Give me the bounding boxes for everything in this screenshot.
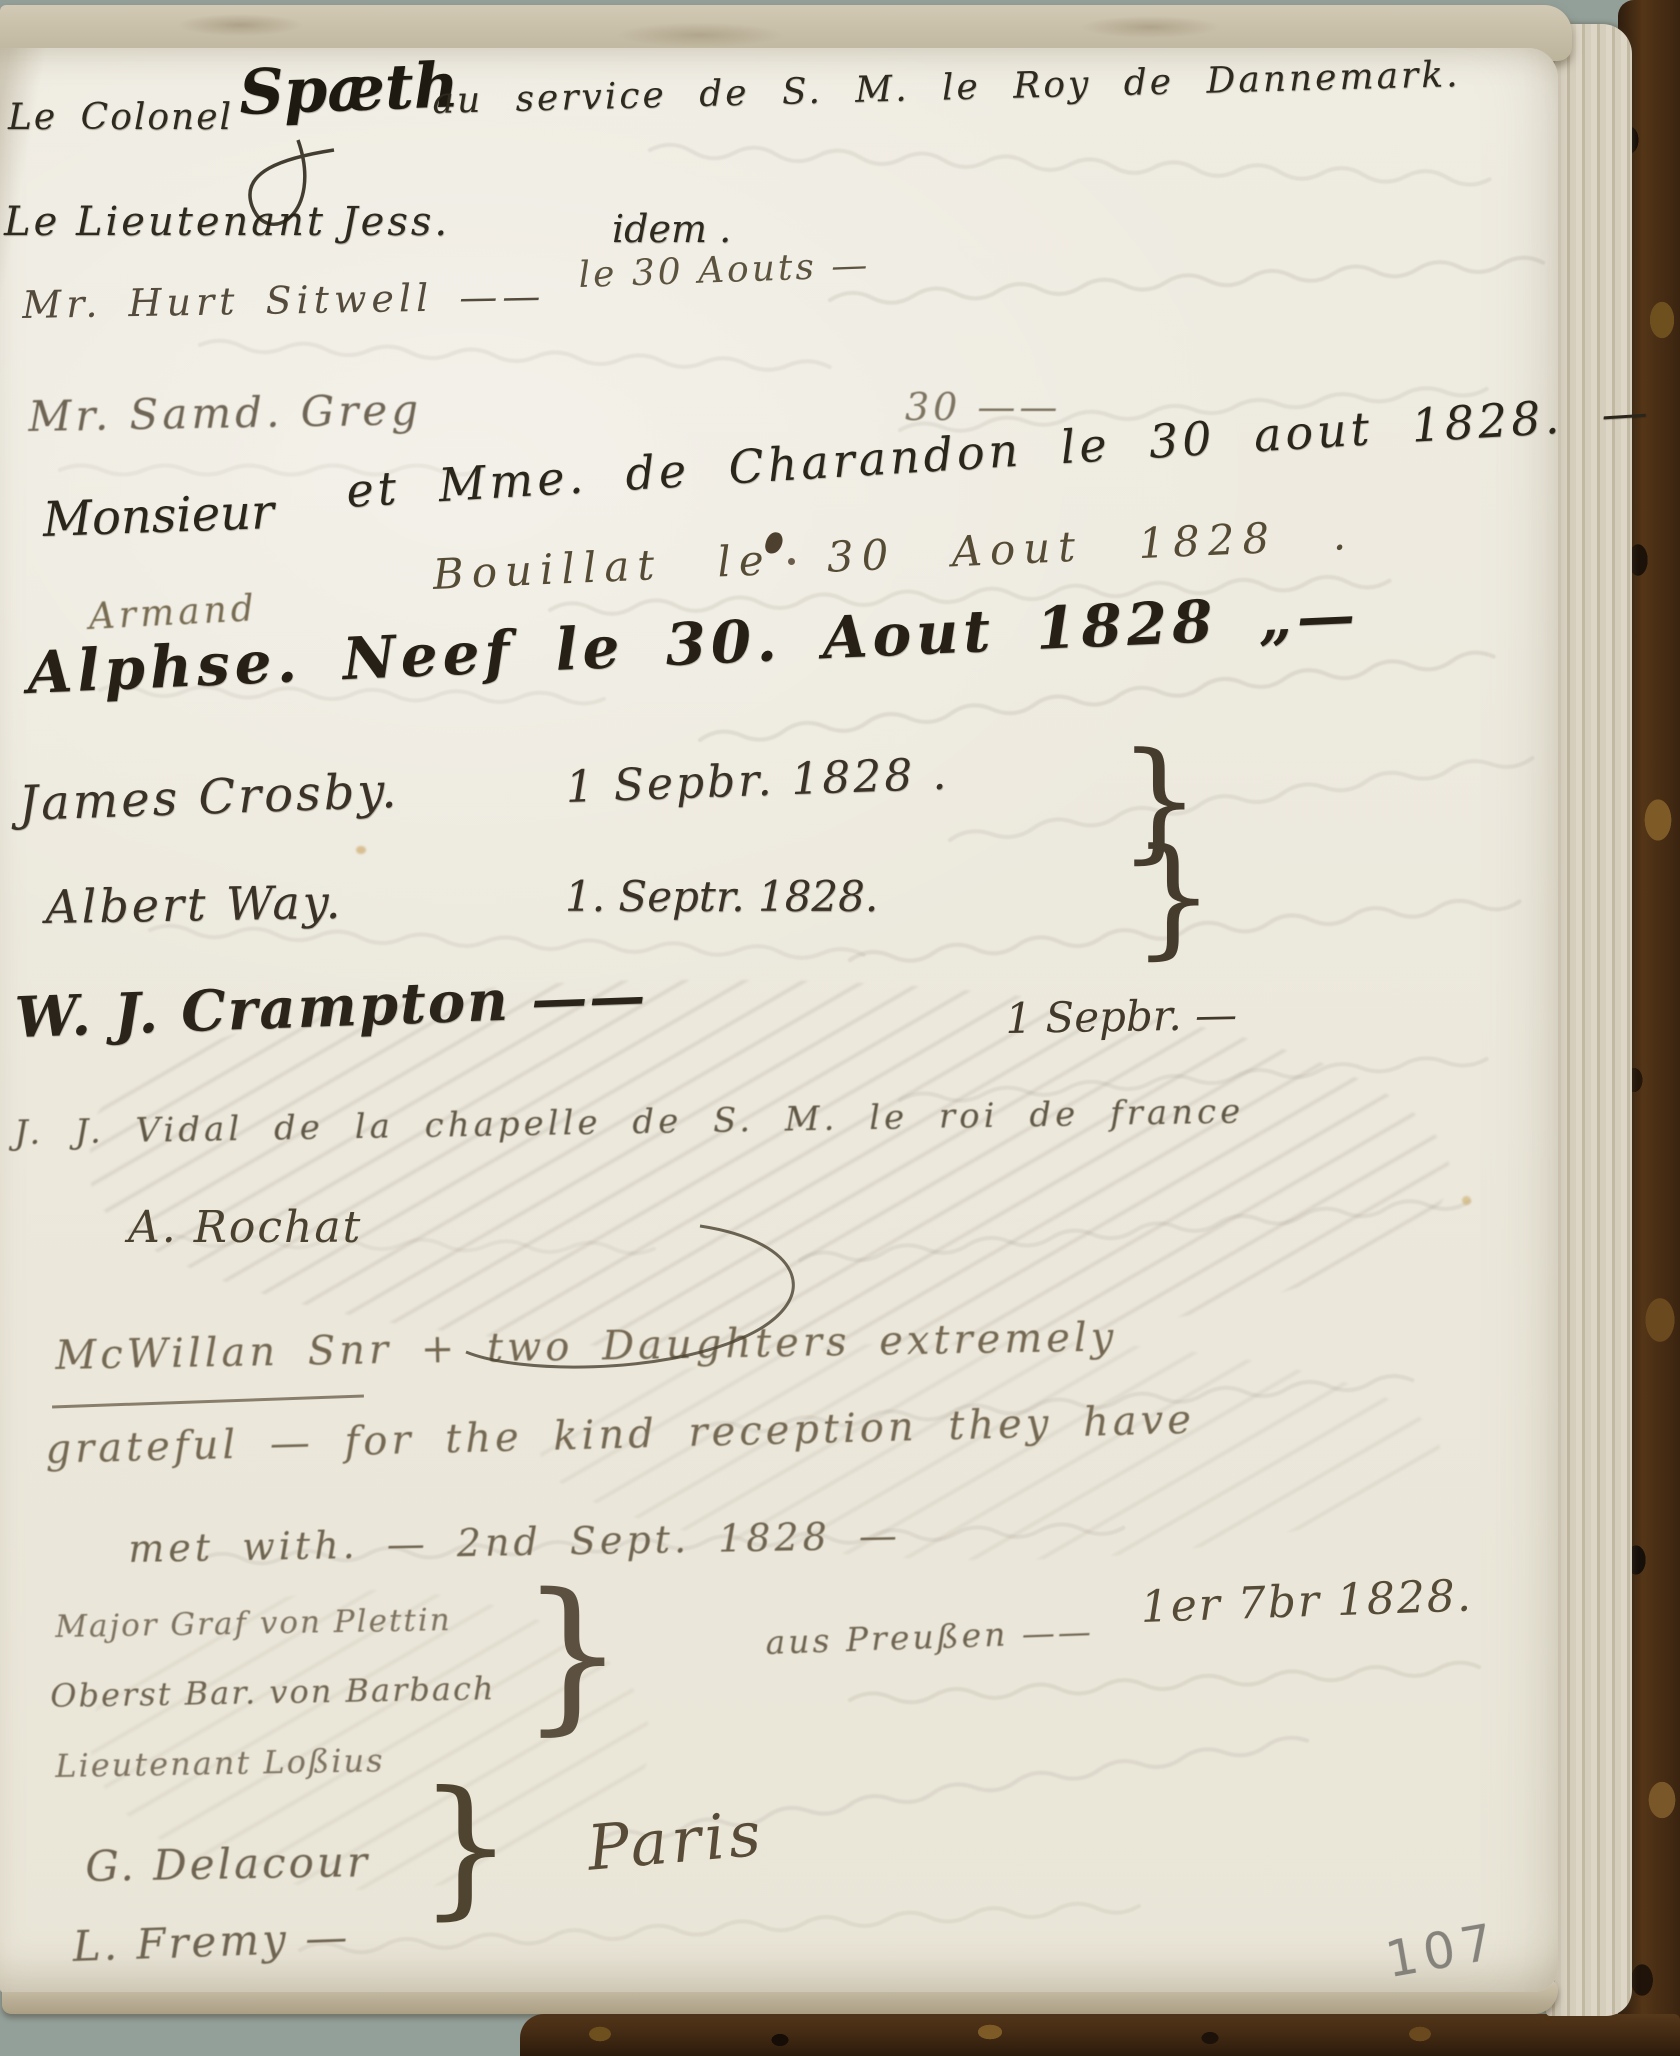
entry-fremy: L. Fremy — (72, 1916, 351, 1968)
entry-german-officer-1: Major Graf von Plettin (55, 1605, 452, 1643)
foxing-stain (1462, 1196, 1471, 1205)
scanned-guestbook-photo: { "doc": { "page_number_pencil": "107", … (0, 0, 1680, 2056)
entry-crampton-date: 1 Sepbr. — (1005, 994, 1237, 1040)
entry-albert-way-name: Albert Way. (45, 879, 344, 930)
foxing-stain (356, 846, 366, 854)
entry-german-officers-date: 1er 7br 1828. (1140, 1574, 1474, 1630)
entry-lieutenant-jess-name: Le Lieutenant Jess. (4, 202, 450, 242)
entry-hurt-sitwell-name: Mr. Hurt Sitwell —— (22, 277, 546, 324)
entry-german-officer-2: Oberst Bar. von Barbach (50, 1672, 496, 1712)
page-stack-edges (1546, 24, 1632, 2016)
entry-german-officers-brace: } (520, 1580, 625, 1729)
entry-colonel-spaeth-name: Spæth (238, 54, 460, 124)
entry-delacour: G. Delacour (85, 1841, 370, 1888)
entry-albert-way-brace: } (1132, 838, 1215, 955)
entry-samuel-greg-date: 30 —— (905, 388, 1061, 426)
entry-paris: Paris (585, 1803, 767, 1880)
entry-lieutenant-jess-note: idem . (612, 210, 731, 248)
entry-albert-way-date: 1. Septr. 1828. (565, 876, 878, 918)
entry-samuel-greg-name: Mr. Samd. Greg (28, 389, 422, 438)
entry-german-officer-3: Lieutenant Loßius (55, 1744, 385, 1782)
entry-james-crosby-name: James Crosby. (18, 767, 400, 828)
entry-hurt-sitwell-date: le 30 Aouts — (578, 248, 871, 294)
book-cover-bottom-edge (520, 2014, 1680, 2056)
entry-charandon-name: Monsieur (42, 488, 275, 544)
entry-delacour-fremy-brace: } (418, 1780, 513, 1915)
entry-james-crosby-date: 1 Sepbr. 1828 . (565, 753, 950, 810)
entry-colonel-spaeth-prefix: Le Colonel (8, 100, 233, 136)
entry-rochat: A. Rochat (128, 1206, 362, 1250)
